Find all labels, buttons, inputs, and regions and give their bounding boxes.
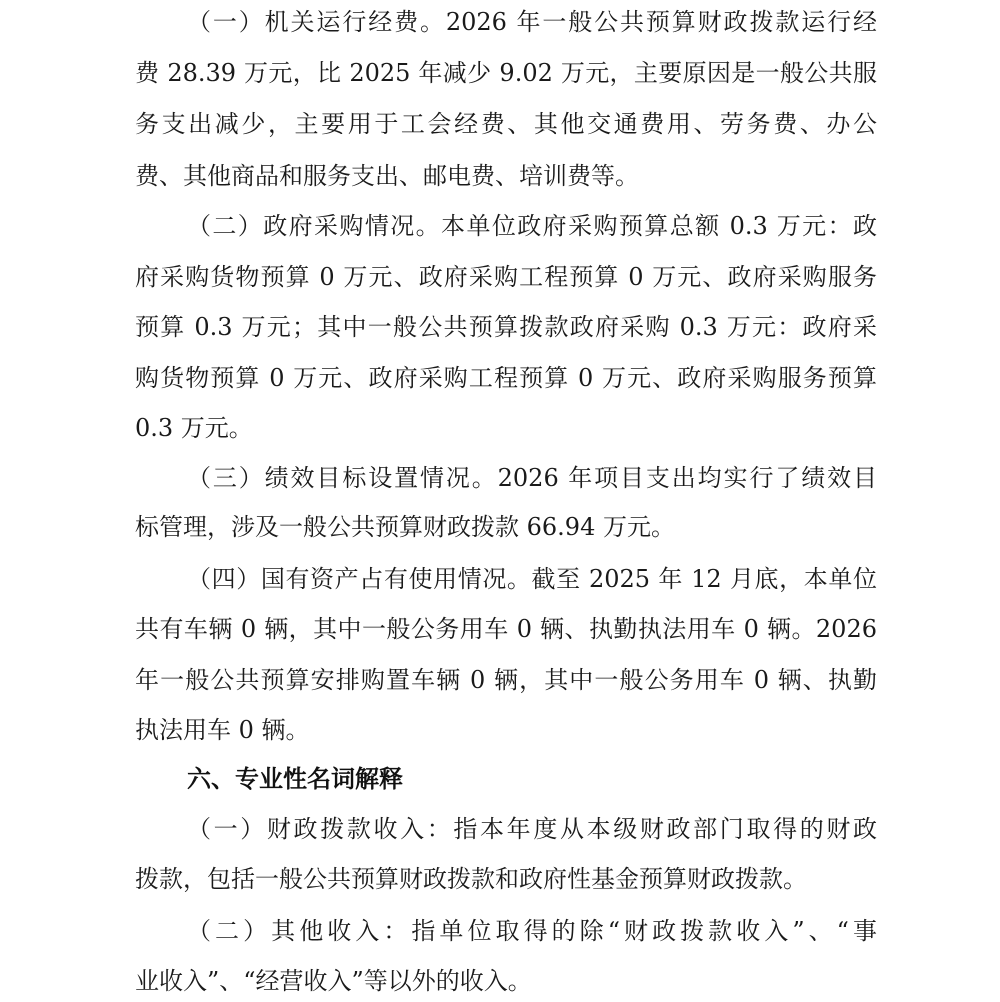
text-line: 购货物预算 0 万元、政府采购工程预算 0 万元、政府采购服务预算 (135, 361, 877, 395)
text-line: 府采购货物预算 0 万元、政府采购工程预算 0 万元、政府采购服务 (135, 260, 877, 294)
text-line: 务支出减少，主要用于工会经费、其他交通费用、劳务费、办公 (135, 107, 877, 141)
text-line: 年一般公共预算安排购置车辆 0 辆，其中一般公务用车 0 辆、执勤 (135, 663, 877, 697)
text-line: 共有车辆 0 辆，其中一般公务用车 0 辆、执勤执法用车 0 辆。2026 (135, 612, 877, 646)
text-line: （二）其他收入：指单位取得的除“财政拨款收入”、“事 (187, 914, 877, 948)
text-line: （四）国有资产占有使用情况。截至 2025 年 12 月底，本单位 (187, 562, 877, 596)
text-line: 业收入”、“经营收入”等以外的收入。 (135, 964, 877, 998)
text-line: 费 28.39 万元，比 2025 年减少 9.02 万元，主要原因是一般公共服 (135, 56, 877, 90)
text-line: （一）机关运行经费。2026 年一般公共预算财政拨款运行经 (187, 5, 877, 39)
text-line: （一）财政拨款收入：指本年度从本级财政部门取得的财政 (187, 812, 877, 846)
text-line: 标管理，涉及一般公共预算财政拨款 66.94 万元。 (135, 510, 877, 544)
text-line: 费、其他商品和服务支出、邮电费、培训费等。 (135, 159, 877, 193)
text-line: 0.3 万元。 (135, 411, 877, 445)
text-line: （二）政府采购情况。本单位政府采购预算总额 0.3 万元：政 (187, 209, 877, 243)
text-line: 执法用车 0 辆。 (135, 713, 877, 747)
section-heading: 六、专业性名词解释 (187, 761, 403, 797)
text-line: 预算 0.3 万元；其中一般公共预算拨款政府采购 0.3 万元：政府采 (135, 310, 877, 344)
text-line: 拨款，包括一般公共预算财政拨款和政府性基金预算财政拨款。 (135, 862, 877, 896)
document-page: （一）机关运行经费。2026 年一般公共预算财政拨款运行经 费 28.39 万元… (0, 0, 1000, 1002)
text-line: （三）绩效目标设置情况。2026 年项目支出均实行了绩效目 (187, 461, 877, 495)
